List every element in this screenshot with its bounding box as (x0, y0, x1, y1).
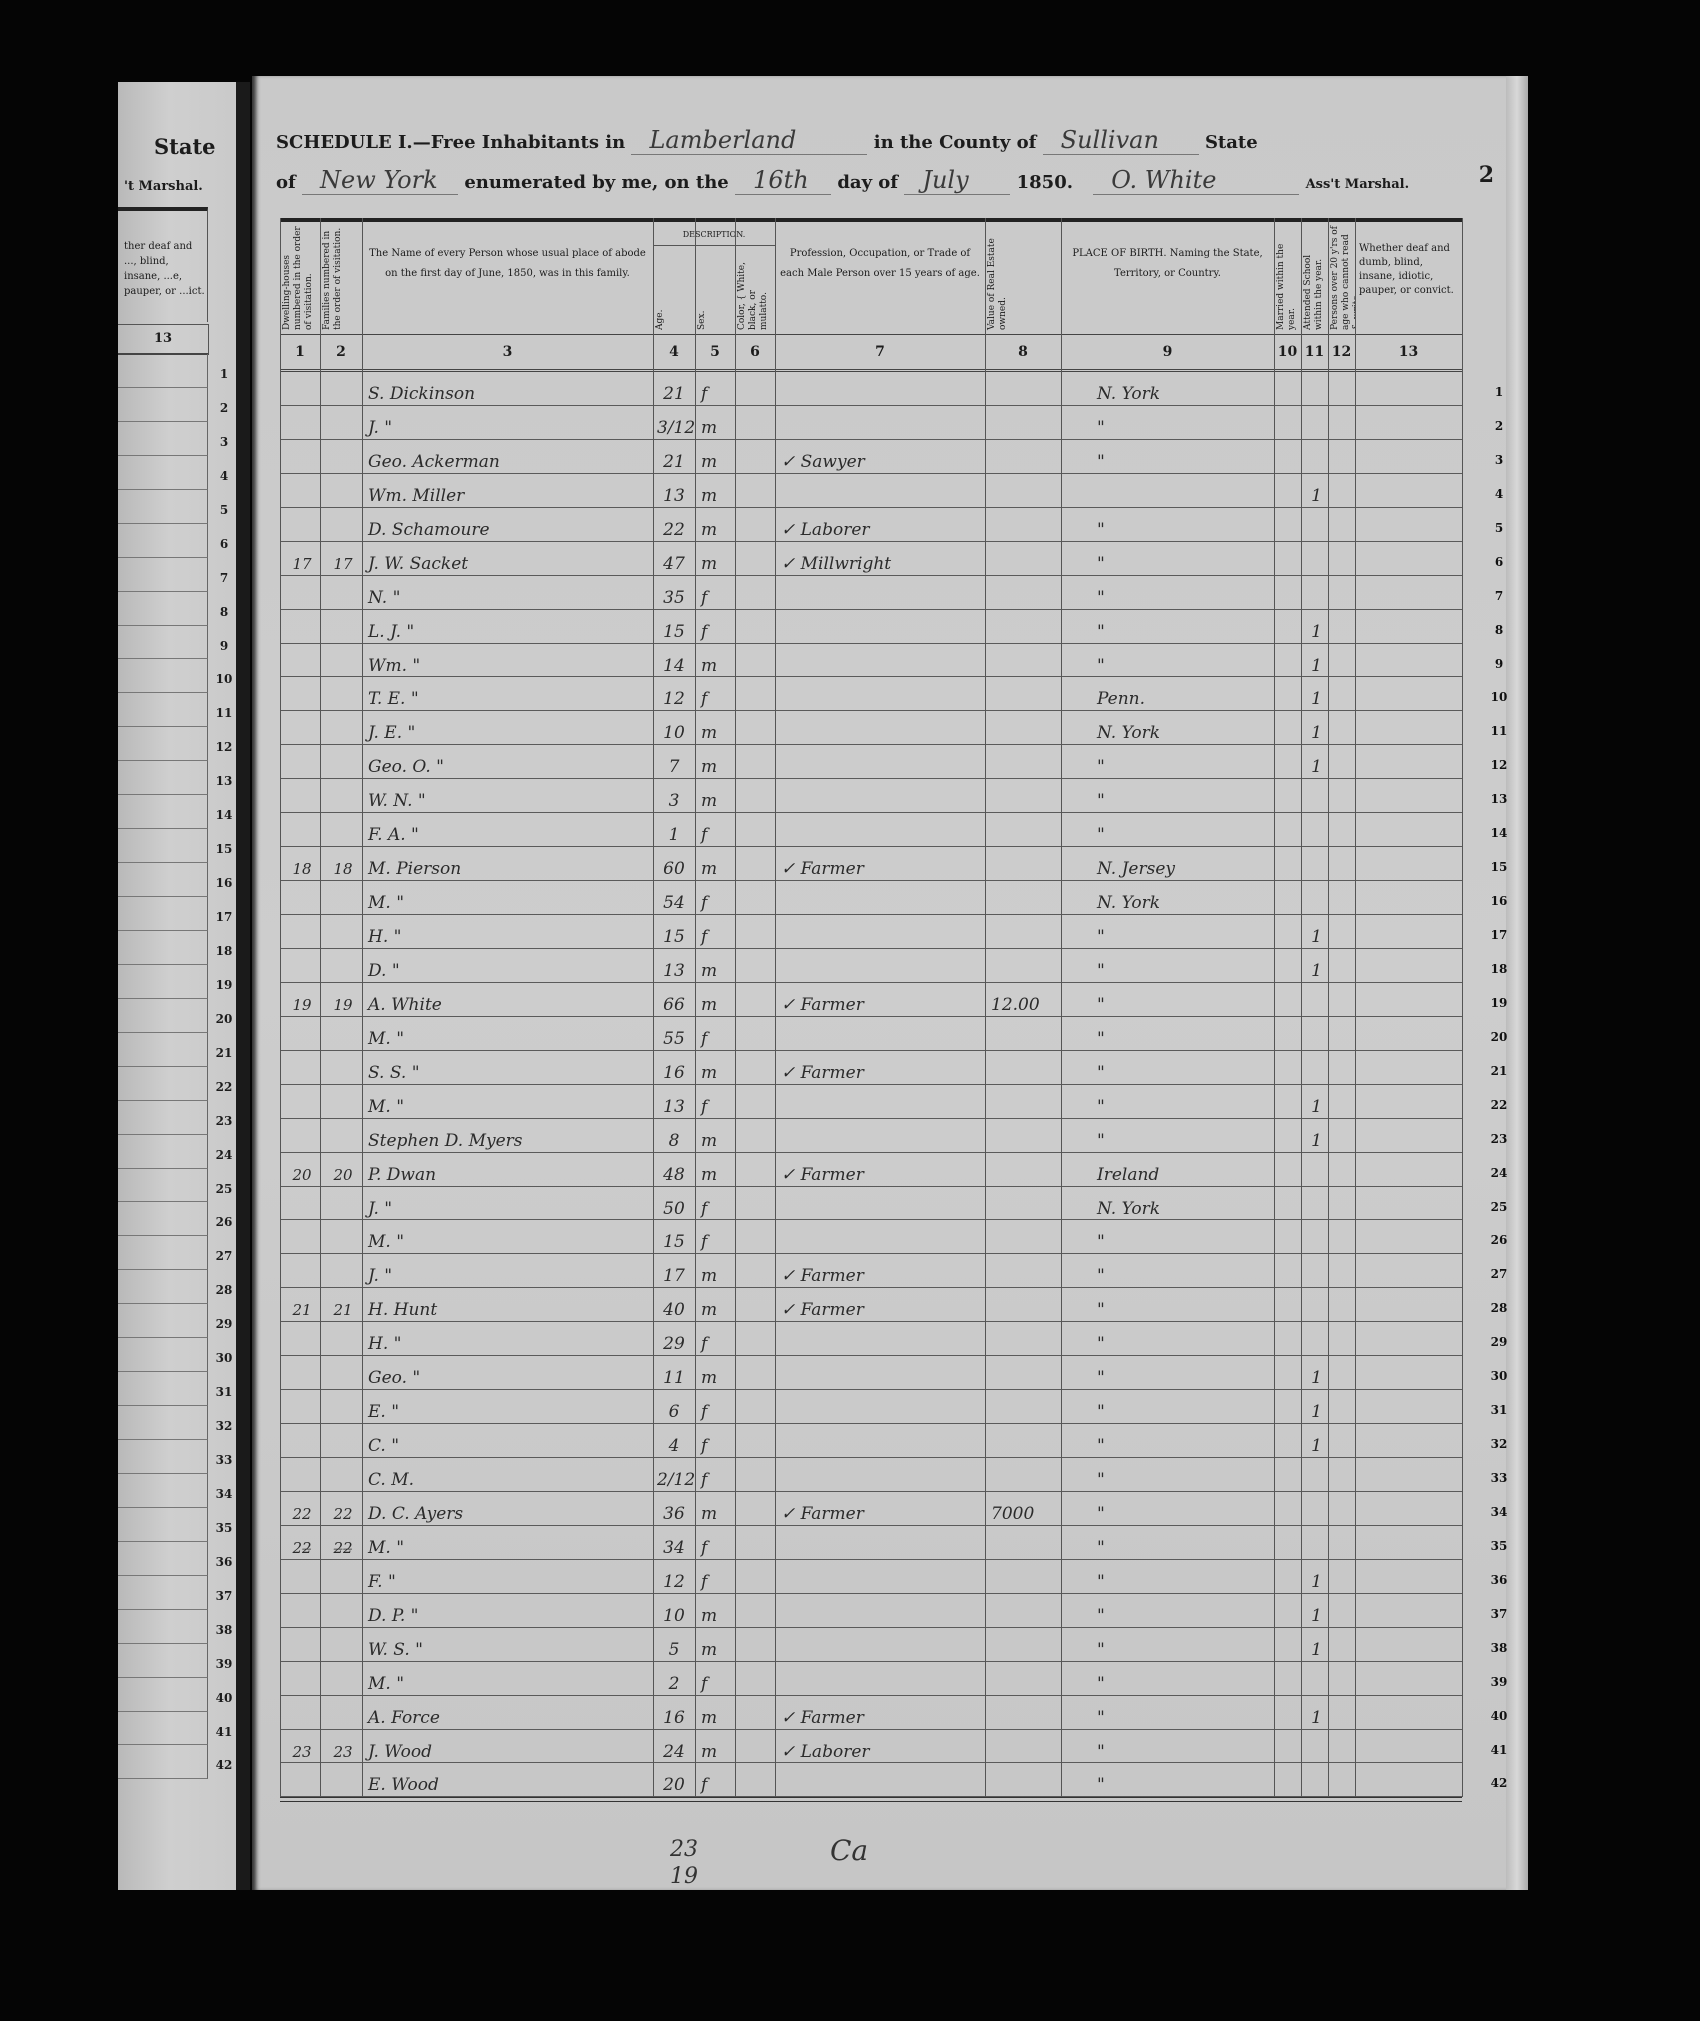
cell-married (1280, 779, 1299, 812)
prior-page-row (118, 1270, 208, 1304)
cell-family (326, 1187, 360, 1220)
cell-birthplace: " (1067, 983, 1302, 1016)
cell-occupation: ✓ Laborer (781, 508, 983, 541)
cell-condition (1361, 610, 1460, 643)
cell-birthplace: " (1067, 610, 1302, 643)
prior-page-row (118, 897, 208, 931)
cell-occupation (781, 881, 983, 914)
cell-age: 13 (657, 1085, 691, 1118)
column-divider (985, 218, 986, 1797)
cell-condition (1361, 1763, 1460, 1796)
cell-color (741, 1220, 773, 1253)
cell-age: 4 (657, 1424, 691, 1457)
cell-color (741, 1662, 773, 1695)
cell-family: 19 (326, 983, 360, 1016)
prior-page-row (118, 1678, 208, 1712)
prior-page-row (118, 1372, 208, 1406)
cell-family: 17 (326, 542, 360, 575)
cell-married (1280, 1662, 1299, 1695)
cell-color (741, 610, 773, 643)
cell-occupation (781, 1322, 983, 1355)
prior-page-row-number: 27 (213, 1236, 235, 1270)
cell-dwelling (286, 949, 318, 982)
cell-school (1307, 1288, 1326, 1321)
prior-page-row (118, 1135, 208, 1169)
cell-age: 15 (657, 1220, 691, 1253)
cell-occupation (781, 1594, 983, 1627)
table-header: Dwelling-houses numbered in the order of… (280, 218, 1462, 334)
row-number: 6 (1484, 542, 1514, 576)
cell-family (326, 474, 360, 507)
prior-page-row-number: 41 (213, 1712, 235, 1746)
cell-school: 1 (1307, 644, 1326, 677)
table-row: H. "29f"29 (280, 1322, 1462, 1356)
cell-married (1280, 1187, 1299, 1220)
cell-school (1307, 1526, 1326, 1559)
prior-page-row (118, 354, 208, 388)
column-number-5: 5 (695, 335, 735, 369)
cell-family (326, 1119, 360, 1152)
row-number: 16 (1484, 881, 1514, 915)
table-row: T. E. "12fPenn.110 (280, 677, 1462, 711)
cell-school (1307, 1220, 1326, 1253)
cell-sex: m (701, 474, 733, 507)
prior-page-row (118, 659, 208, 693)
cell-family (326, 1763, 360, 1796)
table-row: M. "15f"26 (280, 1220, 1462, 1254)
cell-color (741, 542, 773, 575)
prior-page-row-number: 2 (213, 388, 235, 422)
prior-page-row-number: 25 (213, 1169, 235, 1203)
cell-name: J. " (368, 1187, 651, 1220)
table-row: 2323J. Wood24m✓ Laborer"41 (280, 1730, 1462, 1764)
cell-occupation: ✓ Farmer (781, 983, 983, 1016)
cell-married (1280, 372, 1299, 405)
prior-page-row (118, 1406, 208, 1440)
cell-illiterate (1334, 1187, 1353, 1220)
cell-occupation (781, 372, 983, 405)
table-row: F. A. "1f"14 (280, 813, 1462, 847)
cell-sex: f (701, 1220, 733, 1253)
cell-birthplace: Ireland (1067, 1153, 1302, 1186)
cell-real-estate: 12.00 (991, 983, 1059, 1016)
cell-birthplace: " (1067, 1085, 1302, 1118)
cell-age: 16 (657, 1051, 691, 1084)
column-divider (1328, 218, 1329, 1797)
cell-condition (1361, 1220, 1460, 1253)
cell-age: 2 (657, 1662, 691, 1695)
cell-married (1280, 406, 1299, 439)
table-row: N. "35f"7 (280, 576, 1462, 610)
cell-school: 1 (1307, 610, 1326, 643)
cell-birthplace: " (1067, 949, 1302, 982)
cell-occupation (781, 745, 983, 778)
cell-illiterate (1334, 1662, 1353, 1695)
enumerator-initials: Ca (830, 1834, 868, 1867)
cell-family (326, 1390, 360, 1423)
cell-occupation (781, 1390, 983, 1423)
cell-sex: f (701, 1763, 733, 1796)
cell-sex: f (701, 881, 733, 914)
cell-school (1307, 1153, 1326, 1186)
row-number: 20 (1484, 1017, 1514, 1051)
row-number: 10 (1484, 677, 1514, 711)
cell-illiterate (1334, 508, 1353, 541)
enumerated-label: enumerated by me, on the (464, 172, 728, 193)
row-number: 4 (1484, 474, 1514, 508)
cell-dwelling (286, 1119, 318, 1152)
cell-real-estate (991, 440, 1059, 473)
cell-birthplace: " (1067, 1662, 1302, 1695)
cell-married (1280, 1220, 1299, 1253)
cell-real-estate (991, 1696, 1059, 1729)
cell-age: 11 (657, 1356, 691, 1389)
cell-color (741, 474, 773, 507)
cell-school (1307, 372, 1326, 405)
prior-page-row-number: 18 (213, 931, 235, 965)
cell-school: 1 (1307, 677, 1326, 710)
prior-page-row (118, 388, 208, 422)
cell-school: 1 (1307, 1356, 1326, 1389)
cell-color (741, 1322, 773, 1355)
cell-color (741, 1390, 773, 1423)
prior-page-row-number: 24 (213, 1135, 235, 1169)
cell-condition (1361, 542, 1460, 575)
table-row: Geo. "11m"130 (280, 1356, 1462, 1390)
cell-occupation (781, 1458, 983, 1491)
table-row: W. S. "5m"138 (280, 1628, 1462, 1662)
cell-illiterate (1334, 440, 1353, 473)
cell-color (741, 1763, 773, 1796)
column-number-6: 6 (735, 335, 775, 369)
cell-occupation (781, 644, 983, 677)
cell-color (741, 406, 773, 439)
cell-dwelling (286, 1662, 318, 1695)
cell-sex: m (701, 1051, 733, 1084)
column-divider (1462, 218, 1463, 1797)
cell-family (326, 576, 360, 609)
cell-school: 1 (1307, 1560, 1326, 1593)
cell-birthplace: " (1067, 1628, 1302, 1661)
cell-sex: f (701, 610, 733, 643)
cell-birthplace: " (1067, 644, 1302, 677)
cell-name: S. Dickinson (368, 372, 651, 405)
cell-condition (1361, 1254, 1460, 1287)
cell-family (326, 1017, 360, 1050)
row-number: 1 (1484, 372, 1514, 406)
cell-age: 50 (657, 1187, 691, 1220)
cell-sex: f (701, 1085, 733, 1118)
cell-real-estate (991, 1017, 1059, 1050)
prior-page-row-number: 16 (213, 863, 235, 897)
day-of-label: day of (837, 172, 898, 193)
cell-dwelling (286, 610, 318, 643)
cell-school: 1 (1307, 1696, 1326, 1729)
cell-age: 1 (657, 813, 691, 846)
cell-real-estate (991, 508, 1059, 541)
table-row: Wm. Miller13m14 (280, 474, 1462, 508)
cell-illiterate (1334, 610, 1353, 643)
cell-dwelling: 23 (286, 1730, 318, 1763)
prior-page-column-header: ther deaf and ..., blind, insane, ...e, … (118, 207, 208, 322)
cell-condition (1361, 813, 1460, 846)
table-row: D. Schamoure22m✓ Laborer"5 (280, 508, 1462, 542)
cell-dwelling: 19 (286, 983, 318, 1016)
table-row: 1717J. W. Sacket47m✓ Millwright"6 (280, 542, 1462, 576)
table-bottom-border (280, 1797, 1462, 1802)
cell-family (326, 1356, 360, 1389)
cell-married (1280, 881, 1299, 914)
cell-birthplace: " (1067, 1560, 1302, 1593)
row-number: 18 (1484, 949, 1514, 983)
table-row: C. M.2/12f"33 (280, 1458, 1462, 1492)
cell-school (1307, 1322, 1326, 1355)
prior-page-row (118, 1542, 208, 1576)
cell-condition (1361, 1390, 1460, 1423)
cell-name: T. E. " (368, 677, 651, 710)
cell-married (1280, 711, 1299, 744)
cell-name: J. Wood (368, 1730, 651, 1763)
cell-birthplace: N. York (1067, 1187, 1302, 1220)
cell-condition (1361, 745, 1460, 778)
table-row: J. "17m✓ Farmer"27 (280, 1254, 1462, 1288)
cell-occupation (781, 1560, 983, 1593)
cell-dwelling (286, 406, 318, 439)
cell-sex: m (701, 949, 733, 982)
cell-age: 35 (657, 576, 691, 609)
prior-page-row-number: 39 (213, 1644, 235, 1678)
cell-dwelling (286, 1085, 318, 1118)
table-row: H. "15f"117 (280, 915, 1462, 949)
cell-condition (1361, 949, 1460, 982)
prior-page-row (118, 1576, 208, 1610)
cell-color (741, 1254, 773, 1287)
cell-occupation: ✓ Farmer (781, 1696, 983, 1729)
cell-real-estate (991, 813, 1059, 846)
cell-occupation (781, 1017, 983, 1050)
cell-occupation (781, 1356, 983, 1389)
cell-condition (1361, 1153, 1460, 1186)
cell-married (1280, 745, 1299, 778)
cell-sex: m (701, 1594, 733, 1627)
cell-occupation (781, 711, 983, 744)
table-row: E. Wood20f"42 (280, 1763, 1462, 1797)
row-number: 14 (1484, 813, 1514, 847)
cell-sex: f (701, 915, 733, 948)
cell-age: 20 (657, 1763, 691, 1796)
cell-married (1280, 915, 1299, 948)
cell-illiterate (1334, 1594, 1353, 1627)
cell-occupation: ✓ Farmer (781, 1254, 983, 1287)
cell-birthplace: " (1067, 1424, 1302, 1457)
cell-illiterate (1334, 1424, 1353, 1457)
cell-occupation (781, 1763, 983, 1796)
row-number: 7 (1484, 576, 1514, 610)
cell-age: 54 (657, 881, 691, 914)
cell-name: H. " (368, 1322, 651, 1355)
cell-name: H. " (368, 915, 651, 948)
row-number: 21 (1484, 1051, 1514, 1085)
cell-illiterate (1334, 711, 1353, 744)
cell-condition (1361, 1288, 1460, 1321)
row-number: 5 (1484, 508, 1514, 542)
cell-dwelling (286, 1254, 318, 1287)
cell-real-estate (991, 1085, 1059, 1118)
cell-name: E. Wood (368, 1763, 651, 1796)
cell-condition (1361, 677, 1460, 710)
cell-occupation: ✓ Farmer (781, 1153, 983, 1186)
cell-birthplace: " (1067, 508, 1302, 541)
cell-birthplace: " (1067, 1119, 1302, 1152)
cell-sex: f (701, 1662, 733, 1695)
row-number: 23 (1484, 1119, 1514, 1153)
cell-family (326, 813, 360, 846)
cell-occupation (781, 1424, 983, 1457)
row-number: 30 (1484, 1356, 1514, 1390)
cell-dwelling (286, 1424, 318, 1457)
cell-illiterate (1334, 576, 1353, 609)
cell-condition (1361, 847, 1460, 880)
column-header-4: Age. (653, 246, 695, 334)
cell-age: 10 (657, 1594, 691, 1627)
table-row: 1818M. Pierson60m✓ FarmerN. Jersey15 (280, 847, 1462, 881)
row-number: 2 (1484, 406, 1514, 440)
cell-color (741, 1153, 773, 1186)
prior-page-row-number: 32 (213, 1406, 235, 1440)
prior-page-row (118, 1745, 208, 1779)
prior-page-row-number: 4 (213, 456, 235, 490)
cell-real-estate (991, 610, 1059, 643)
cell-school (1307, 813, 1326, 846)
prior-page-row (118, 999, 208, 1033)
prior-page-row (118, 1508, 208, 1542)
cell-illiterate (1334, 1696, 1353, 1729)
cell-condition (1361, 1662, 1460, 1695)
table-row: W. N. "3m"13 (280, 779, 1462, 813)
prior-page-row (118, 558, 208, 592)
cell-school (1307, 779, 1326, 812)
cell-age: 47 (657, 542, 691, 575)
cell-condition (1361, 1085, 1460, 1118)
prior-page-row-number: 14 (213, 795, 235, 829)
prior-page-row-number: 20 (213, 999, 235, 1033)
cell-name: Geo. O. " (368, 745, 651, 778)
cell-illiterate (1334, 881, 1353, 914)
column-number-4: 4 (653, 335, 695, 369)
column-divider (320, 218, 321, 1797)
cell-birthplace: " (1067, 1220, 1302, 1253)
prior-page-row-number: 21 (213, 1033, 235, 1067)
year-label: 1850. (1017, 172, 1073, 193)
prior-page-row-number: 23 (213, 1101, 235, 1135)
cell-color (741, 576, 773, 609)
row-number: 39 (1484, 1662, 1514, 1696)
cell-family (326, 1322, 360, 1355)
column-header-12: Persons over 20 y'rs of age who cannot r… (1328, 222, 1355, 334)
cell-sex: f (701, 1560, 733, 1593)
column-divider (653, 218, 654, 1797)
column-header-13: Whether deaf and dumb, blind, insane, id… (1355, 222, 1462, 334)
column-number-10: 10 (1274, 335, 1301, 369)
cell-occupation: ✓ Laborer (781, 1730, 983, 1763)
cell-family: 22 (326, 1492, 360, 1525)
cell-name: J. E. " (368, 711, 651, 744)
cell-occupation (781, 813, 983, 846)
cell-age: 12 (657, 1560, 691, 1593)
table-row: 2121H. Hunt40m✓ Farmer"28 (280, 1288, 1462, 1322)
cell-condition (1361, 440, 1460, 473)
cell-condition (1361, 1628, 1460, 1661)
prior-page-row-number: 7 (213, 558, 235, 592)
schedule-title: SCHEDULE I.—Free Inhabitants in (276, 132, 625, 153)
cell-occupation (781, 1662, 983, 1695)
cell-name: D. P. " (368, 1594, 651, 1627)
cell-birthplace: " (1067, 1730, 1302, 1763)
cell-married (1280, 949, 1299, 982)
cell-color (741, 1119, 773, 1152)
table-row: D. P. "10m"137 (280, 1594, 1462, 1628)
cell-married (1280, 1730, 1299, 1763)
cell-age: 48 (657, 1153, 691, 1186)
cell-real-estate (991, 847, 1059, 880)
prior-page-row (118, 863, 208, 897)
cell-condition (1361, 1526, 1460, 1559)
cell-sex: m (701, 1696, 733, 1729)
cell-sex: f (701, 677, 733, 710)
cell-color (741, 711, 773, 744)
cell-name: M. " (368, 1017, 651, 1050)
cell-married (1280, 983, 1299, 1016)
cell-illiterate (1334, 1322, 1353, 1355)
cell-dwelling (286, 1594, 318, 1627)
prior-page-rows (118, 354, 208, 1779)
row-number: 37 (1484, 1594, 1514, 1628)
prior-page-row (118, 795, 208, 829)
cell-dwelling (286, 1322, 318, 1355)
cell-birthplace: " (1067, 1458, 1302, 1491)
cell-family (326, 1085, 360, 1118)
prior-page-row-number: 19 (213, 965, 235, 999)
cell-illiterate (1334, 474, 1353, 507)
cell-dwelling (286, 1356, 318, 1389)
column-divider (735, 218, 736, 1797)
cell-age: 8 (657, 1119, 691, 1152)
cell-married (1280, 1424, 1299, 1457)
prior-page-row (118, 1304, 208, 1338)
column-divider (362, 218, 363, 1797)
cell-married (1280, 1288, 1299, 1321)
prior-page-row (118, 422, 208, 456)
cell-condition (1361, 1187, 1460, 1220)
cell-birthplace: " (1067, 813, 1302, 846)
cell-occupation: ✓ Millwright (781, 542, 983, 575)
cell-married (1280, 1390, 1299, 1423)
cell-sex: m (701, 711, 733, 744)
table-row: M. "55f"20 (280, 1017, 1462, 1051)
cell-condition (1361, 1017, 1460, 1050)
cell-family (326, 711, 360, 744)
cell-sex: f (701, 1187, 733, 1220)
prior-page-row-number: 17 (213, 897, 235, 931)
cell-dwelling (286, 1187, 318, 1220)
prior-page-row-number: 40 (213, 1678, 235, 1712)
census-page: SCHEDULE I.—Free Inhabitants in Lamberla… (252, 76, 1528, 1890)
table-row: S. Dickinson21fN. York1 (280, 372, 1462, 406)
cell-birthplace: N. York (1067, 881, 1302, 914)
cell-dwelling (286, 372, 318, 405)
cell-color (741, 1051, 773, 1084)
prior-page-state-label: State (154, 134, 216, 159)
